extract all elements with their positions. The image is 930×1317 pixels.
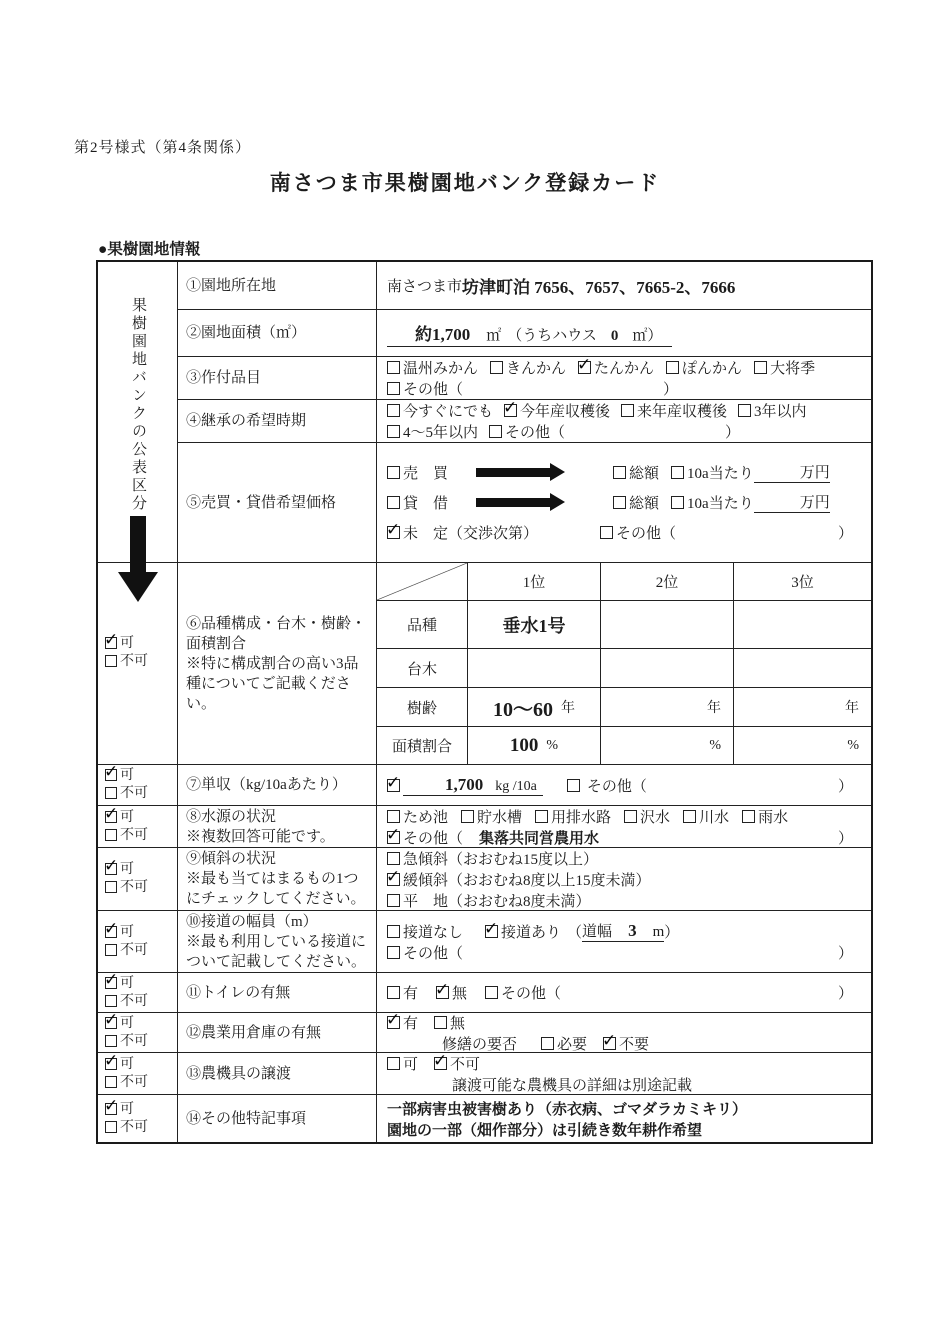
variety-1: 垂水1号 xyxy=(467,600,600,648)
toilet-other-checkbox xyxy=(485,986,498,999)
subtable-row-header: 面積割合 xyxy=(377,726,467,764)
publication-cell-7: 可 不可 xyxy=(98,765,177,806)
area-house-close: ㎡） xyxy=(632,324,662,345)
composition-label: ⑥品種構成・台木・樹齢・面積割合 xyxy=(186,614,370,654)
lease-checkbox xyxy=(387,496,400,509)
road-yes-checkbox xyxy=(485,925,498,938)
warehouse-yes-checkbox xyxy=(387,1016,400,1029)
crop-other-checkbox xyxy=(387,382,400,395)
sale-total-checkbox xyxy=(613,466,626,479)
water-checkbox xyxy=(624,810,637,823)
age-unit: 年 xyxy=(561,697,575,717)
crop-checkbox xyxy=(666,361,679,374)
publish-ng-checkbox xyxy=(105,1121,117,1133)
subtable-row-header: 台木 xyxy=(377,648,467,687)
road-label: ⑩接道の幅員（m） xyxy=(186,912,370,932)
publish-ok-checkbox xyxy=(105,977,117,989)
row-water: ⑧水源の状況 ※複数回答可能です。 ため池 貯水槽 用排水路 沢水 川水 雨水 … xyxy=(178,806,871,848)
water-label: ⑧水源の状況 xyxy=(186,807,370,827)
publish-ng-label: 不可 xyxy=(120,654,148,669)
rank-header: 2位 xyxy=(600,563,733,600)
repair-not-needed-checkbox xyxy=(603,1037,616,1050)
water-checkbox xyxy=(742,810,755,823)
timing-other-checkbox xyxy=(489,425,502,438)
water-other-value: 集落共同営農用水 xyxy=(479,827,599,848)
crops-label: ③作付品目 xyxy=(186,368,370,388)
road-width-value: 3 xyxy=(628,921,637,941)
row-notes: ⑭その他特記事項 一部病害虫被害樹あり（赤衣病、ゴマダラカミキリ） 園地の一部（… xyxy=(178,1095,871,1142)
lease-per10a-checkbox xyxy=(671,496,684,509)
row-price: ⑤売買・貸借希望価格 売 買 総額 10a当たり 万円 貸 借 xyxy=(178,443,871,563)
yield-value: 1,700 xyxy=(445,775,483,795)
road-none-checkbox xyxy=(387,925,400,938)
publish-ok-checkbox xyxy=(105,1103,117,1115)
ratio-unit: % xyxy=(709,738,721,754)
rank-header: 3位 xyxy=(733,563,871,600)
lease-total-checkbox xyxy=(613,496,626,509)
rootstock-1 xyxy=(467,648,600,687)
publish-ok-checkbox xyxy=(105,863,117,875)
slope-checkbox xyxy=(387,852,400,865)
crop-checkbox xyxy=(578,361,591,374)
row-composition: ⑥品種構成・台木・樹齢・面積割合 ※特に構成割合の高い3品種についてご記載くださ… xyxy=(178,563,871,765)
machinery-note: 譲渡可能な農機具の詳細は別途記載 xyxy=(452,1074,692,1095)
water-checkbox xyxy=(461,810,474,823)
price-other-checkbox xyxy=(600,526,613,539)
row-crops: ③作付品目 温州みかん きんかん たんかん ぽんかん 大将季 その他（ ） xyxy=(178,357,871,400)
publication-cell-11: 可 不可 xyxy=(98,973,177,1013)
publish-ok-checkbox xyxy=(105,1017,117,1029)
ratio-unit: % xyxy=(546,738,558,754)
water-note: ※複数回答可能です。 xyxy=(186,827,370,847)
publish-ok-checkbox xyxy=(105,1058,117,1070)
page-title: 南さつま市果樹園地バンク登録カード xyxy=(0,167,930,197)
diagonal-header-cell xyxy=(377,563,467,600)
timing-checkbox xyxy=(387,425,400,438)
area-label: ②園地面積（㎡） xyxy=(186,323,370,343)
publication-cell-13: 可 不可 xyxy=(98,1053,177,1095)
row-slope: ⑨傾斜の状況 ※最も当てはまるもの1つにチェックしてください。 急傾斜（おおむね… xyxy=(178,848,871,911)
crop-checkbox xyxy=(387,361,400,374)
ratio-unit: % xyxy=(847,738,859,754)
variety-3 xyxy=(733,600,871,648)
subtable-row-header: 品種 xyxy=(377,600,467,648)
publication-cell-9: 可 不可 xyxy=(98,848,177,911)
road-note: ※最も利用している接道について記載してください。 xyxy=(186,932,370,972)
row-warehouse: ⑫農業用倉庫の有無 有 無 修繕の要否 必要 不要 xyxy=(178,1013,871,1053)
rootstock-3 xyxy=(733,648,871,687)
row-toilet: ⑪トイレの有無 有 無 その他（ ） xyxy=(178,973,871,1013)
publication-cell-14: 可 不可 xyxy=(98,1095,177,1142)
publication-column: 果樹園地バンクの公表区分 可 不可 可 不可 可 不可 可 不可 xyxy=(98,262,178,1142)
water-other-checkbox xyxy=(387,831,400,844)
publication-cell-10: 可 不可 xyxy=(98,911,177,973)
publish-ng-checkbox xyxy=(105,944,117,956)
publish-ok-checkbox xyxy=(105,769,117,781)
right-arrow-icon xyxy=(476,463,565,481)
scanned-form-page: 第2号様式（第4条関係） 南さつま市果樹園地バンク登録カード ●果樹園地情報 果… xyxy=(0,0,930,1317)
toilet-yes-checkbox xyxy=(387,986,400,999)
publish-ok-checkbox xyxy=(105,926,117,938)
toilet-label: ⑪トイレの有無 xyxy=(186,983,370,1003)
road-width-label: 道幅 xyxy=(582,920,612,941)
rootstock-2 xyxy=(600,648,733,687)
area-house-value: 0 xyxy=(611,328,619,345)
crop-checkbox xyxy=(490,361,503,374)
form-number: 第2号様式（第4条関係） xyxy=(74,136,251,157)
water-checkbox xyxy=(387,810,400,823)
main-column: ①園地所在地 南さつま市 坊津町泊 7656、7657、7665-2、7666 … xyxy=(178,262,871,1142)
timing-checkbox xyxy=(621,404,634,417)
composition-note: ※特に構成割合の高い3品種についてご記載ください。 xyxy=(186,654,370,714)
publication-vertical-label: 果樹園地バンクの公表区分 xyxy=(130,297,145,513)
row-timing: ④継承の希望時期 今すぐにでも 今年産収穫後 来年産収穫後 3年以内 4～5年以… xyxy=(178,400,871,443)
publish-ng-checkbox xyxy=(105,1076,117,1088)
area-house-open: （うちハウス xyxy=(507,324,597,345)
price-label: ⑤売買・貸借希望価格 xyxy=(186,493,370,513)
machinery-ok-checkbox xyxy=(387,1057,400,1070)
warehouse-no-checkbox xyxy=(434,1016,447,1029)
water-checkbox xyxy=(535,810,548,823)
slope-checkbox xyxy=(387,873,400,886)
repair-needed-checkbox xyxy=(541,1037,554,1050)
row-area: ②園地面積（㎡） 約1,700 ㎡ （うちハウス 0 ㎡） xyxy=(178,310,871,357)
publish-ng-checkbox xyxy=(105,1035,117,1047)
machinery-label: ⑬農機具の譲渡 xyxy=(186,1064,370,1084)
undecided-checkbox xyxy=(387,526,400,539)
area-unit: ㎡ xyxy=(486,324,501,345)
man-yen-label: 万円 xyxy=(800,491,830,512)
slope-note: ※最も当てはまるもの1つにチェックしてください。 xyxy=(186,869,370,909)
row-yield: ⑦単収（kg/10aあたり） 1,700 kg /10a その他（ ） xyxy=(178,765,871,806)
water-checkbox xyxy=(683,810,696,823)
subtable-row-header: 樹齢 xyxy=(377,687,467,726)
timing-checkbox xyxy=(738,404,751,417)
yield-unit: kg /10a xyxy=(495,779,537,795)
publish-ok-checkbox xyxy=(105,811,117,823)
publish-ok-checkbox xyxy=(105,637,117,649)
publish-ng-checkbox xyxy=(105,881,117,893)
notes-label: ⑭その他特記事項 xyxy=(186,1109,370,1129)
age-1: 10～60 xyxy=(493,693,553,722)
row-machinery: ⑬農機具の譲渡 可 不可 譲渡可能な農機具の詳細は別途記載 xyxy=(178,1053,871,1095)
publish-ng-checkbox xyxy=(105,655,117,667)
rank-header: 1位 xyxy=(467,563,600,600)
location-value: 坊津町泊 7656、7657、7665-2、7666 xyxy=(462,273,735,298)
machinery-ng-checkbox xyxy=(434,1057,447,1070)
composition-subtable: 1位 2位 3位 品種 垂水1号 台木 樹齢 10～60 xyxy=(377,563,871,764)
road-other-checkbox xyxy=(387,946,400,959)
location-label: ①園地所在地 xyxy=(186,276,370,296)
row-road: ⑩接道の幅員（m） ※最も利用している接道について記載してください。 接道なし … xyxy=(178,911,871,973)
location-city: 南さつま市 xyxy=(387,275,462,296)
toilet-no-checkbox xyxy=(436,986,449,999)
publication-cell-12: 可 不可 xyxy=(98,1013,177,1053)
notes-line-1: 一部病害虫被害樹あり（赤衣病、ゴマダラカミキリ） xyxy=(387,1098,863,1119)
publish-ng-checkbox xyxy=(105,829,117,841)
publication-cell-8: 可 不可 xyxy=(98,806,177,848)
crop-checkbox xyxy=(754,361,767,374)
sale-checkbox xyxy=(387,466,400,479)
section-heading: ●果樹園地情報 xyxy=(98,237,200,259)
down-arrow-icon xyxy=(118,516,158,602)
timing-label: ④継承の希望時期 xyxy=(186,411,370,431)
slope-checkbox xyxy=(387,894,400,907)
yield-label: ⑦単収（kg/10aあたり） xyxy=(186,775,370,795)
sale-per10a-checkbox xyxy=(671,466,684,479)
ratio-1: 100 xyxy=(510,735,539,757)
publish-ng-checkbox xyxy=(105,787,117,799)
publish-ng-checkbox xyxy=(105,995,117,1007)
yield-checkbox xyxy=(387,779,400,792)
row-location: ①園地所在地 南さつま市 坊津町泊 7656、7657、7665-2、7666 xyxy=(178,262,871,310)
orchard-info-table: 果樹園地バンクの公表区分 可 不可 可 不可 可 不可 可 不可 xyxy=(96,260,873,1144)
publish-ok-label: 可 xyxy=(120,636,134,651)
slope-label: ⑨傾斜の状況 xyxy=(186,849,370,869)
warehouse-label: ⑫農業用倉庫の有無 xyxy=(186,1023,370,1043)
age-unit: 年 xyxy=(707,697,721,717)
area-value: 約1,700 xyxy=(415,320,470,345)
timing-checkbox xyxy=(504,404,517,417)
repair-label: 修繕の要否 xyxy=(442,1033,517,1054)
notes-line-2: 園地の一部（畑作部分）は引続き数年耕作希望 xyxy=(387,1119,863,1140)
age-unit: 年 xyxy=(845,697,859,717)
yield-other-checkbox xyxy=(567,779,580,792)
variety-2 xyxy=(600,600,733,648)
man-yen-label: 万円 xyxy=(800,461,830,482)
road-width-unit: m xyxy=(653,924,665,941)
right-arrow-icon xyxy=(476,493,565,511)
timing-checkbox xyxy=(387,404,400,417)
